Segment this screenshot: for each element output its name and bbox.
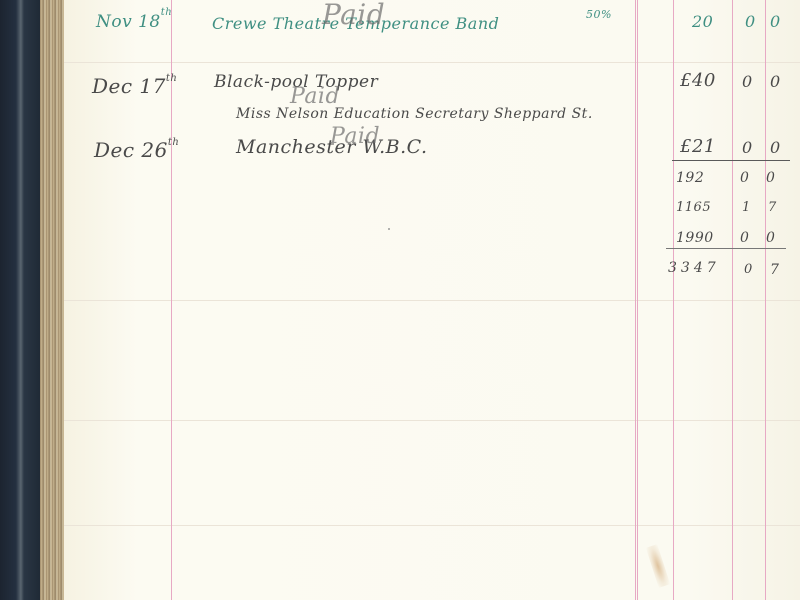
total-pence: 7	[768, 200, 777, 215]
entry-shillings: 0	[742, 138, 753, 157]
entry-pence: 0	[770, 12, 781, 31]
grand-total-pence: 7	[770, 262, 779, 278]
description-column-rule	[635, 0, 638, 600]
grand-total-shillings: 0	[744, 262, 753, 277]
entry-pence: 0	[770, 138, 781, 157]
total-pounds: 1990	[676, 230, 714, 246]
date-suffix: th	[168, 137, 179, 148]
total-pence: 0	[766, 170, 775, 186]
entry-date: Dec 26th	[94, 138, 179, 162]
ruled-line	[64, 300, 800, 301]
entry-shillings: 0	[745, 12, 756, 31]
grand-total-pounds: 3347	[668, 260, 720, 276]
pence-column-rule	[765, 0, 766, 600]
entry-pence: 0	[770, 72, 781, 91]
date-suffix: th	[161, 7, 172, 18]
date-text: Dec 17	[92, 74, 166, 98]
paid-stamp: Paid	[290, 84, 340, 109]
date-suffix: th	[166, 73, 177, 84]
entry-pounds: £40	[680, 70, 716, 91]
total-shillings: 1	[742, 200, 751, 215]
book-binding	[0, 0, 40, 600]
entry-shillings: 0	[742, 72, 753, 91]
shillings-column-rule	[732, 0, 733, 600]
ruled-line	[64, 62, 800, 63]
entry-date: Dec 17th	[92, 74, 177, 98]
date-text: Nov 18	[96, 12, 161, 32]
entry-note: 50%	[586, 8, 612, 21]
paid-stamp: Paid	[330, 124, 380, 149]
total-pounds: 1165	[676, 200, 711, 215]
ruled-line	[64, 420, 800, 421]
total-pence: 0	[766, 230, 775, 246]
entry-pounds: 20	[692, 12, 713, 31]
entry-date: Nov 18th	[96, 12, 172, 32]
page-edges	[40, 0, 64, 600]
ruled-line	[64, 525, 800, 526]
grand-total-underline	[666, 248, 786, 249]
date-text: Dec 26	[94, 138, 168, 162]
pounds-column-rule	[673, 0, 674, 600]
paid-stamp: Paid	[322, 0, 385, 31]
ink-dot	[388, 228, 390, 230]
total-shillings: 0	[740, 170, 749, 186]
entry-pounds: £21	[680, 136, 716, 157]
total-pounds: 192	[676, 170, 704, 186]
total-shillings: 0	[740, 230, 749, 246]
subtotal-underline	[672, 160, 790, 161]
